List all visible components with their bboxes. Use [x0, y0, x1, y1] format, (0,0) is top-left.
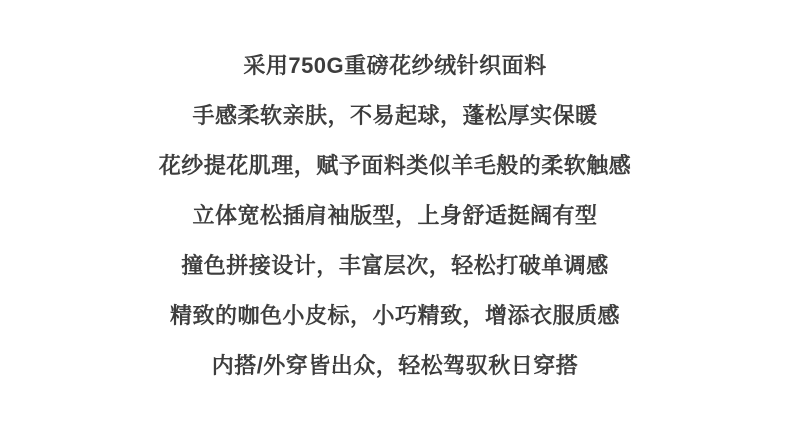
description-line-styling: 内搭/外穿皆出众，轻松驾驭秋日穿搭	[0, 341, 790, 391]
description-line-softness: 手感柔软亲肤，不易起球，蓬松厚实保暖	[0, 91, 790, 141]
description-line-colorblock: 撞色拼接设计，丰富层次，轻松打破单调感	[0, 241, 790, 291]
description-line-fit: 立体宽松插肩袖版型，上身舒适挺阔有型	[0, 191, 790, 241]
description-line-texture: 花纱提花肌理，赋予面料类似羊毛般的柔软触感	[0, 141, 790, 191]
description-line-fabric: 采用750G重磅花纱绒针织面料	[0, 41, 790, 91]
description-line-leather-label: 精致的咖色小皮标，小巧精致，增添衣服质感	[0, 291, 790, 341]
product-description-panel: 采用750G重磅花纱绒针织面料 手感柔软亲肤，不易起球，蓬松厚实保暖 花纱提花肌…	[0, 0, 790, 436]
